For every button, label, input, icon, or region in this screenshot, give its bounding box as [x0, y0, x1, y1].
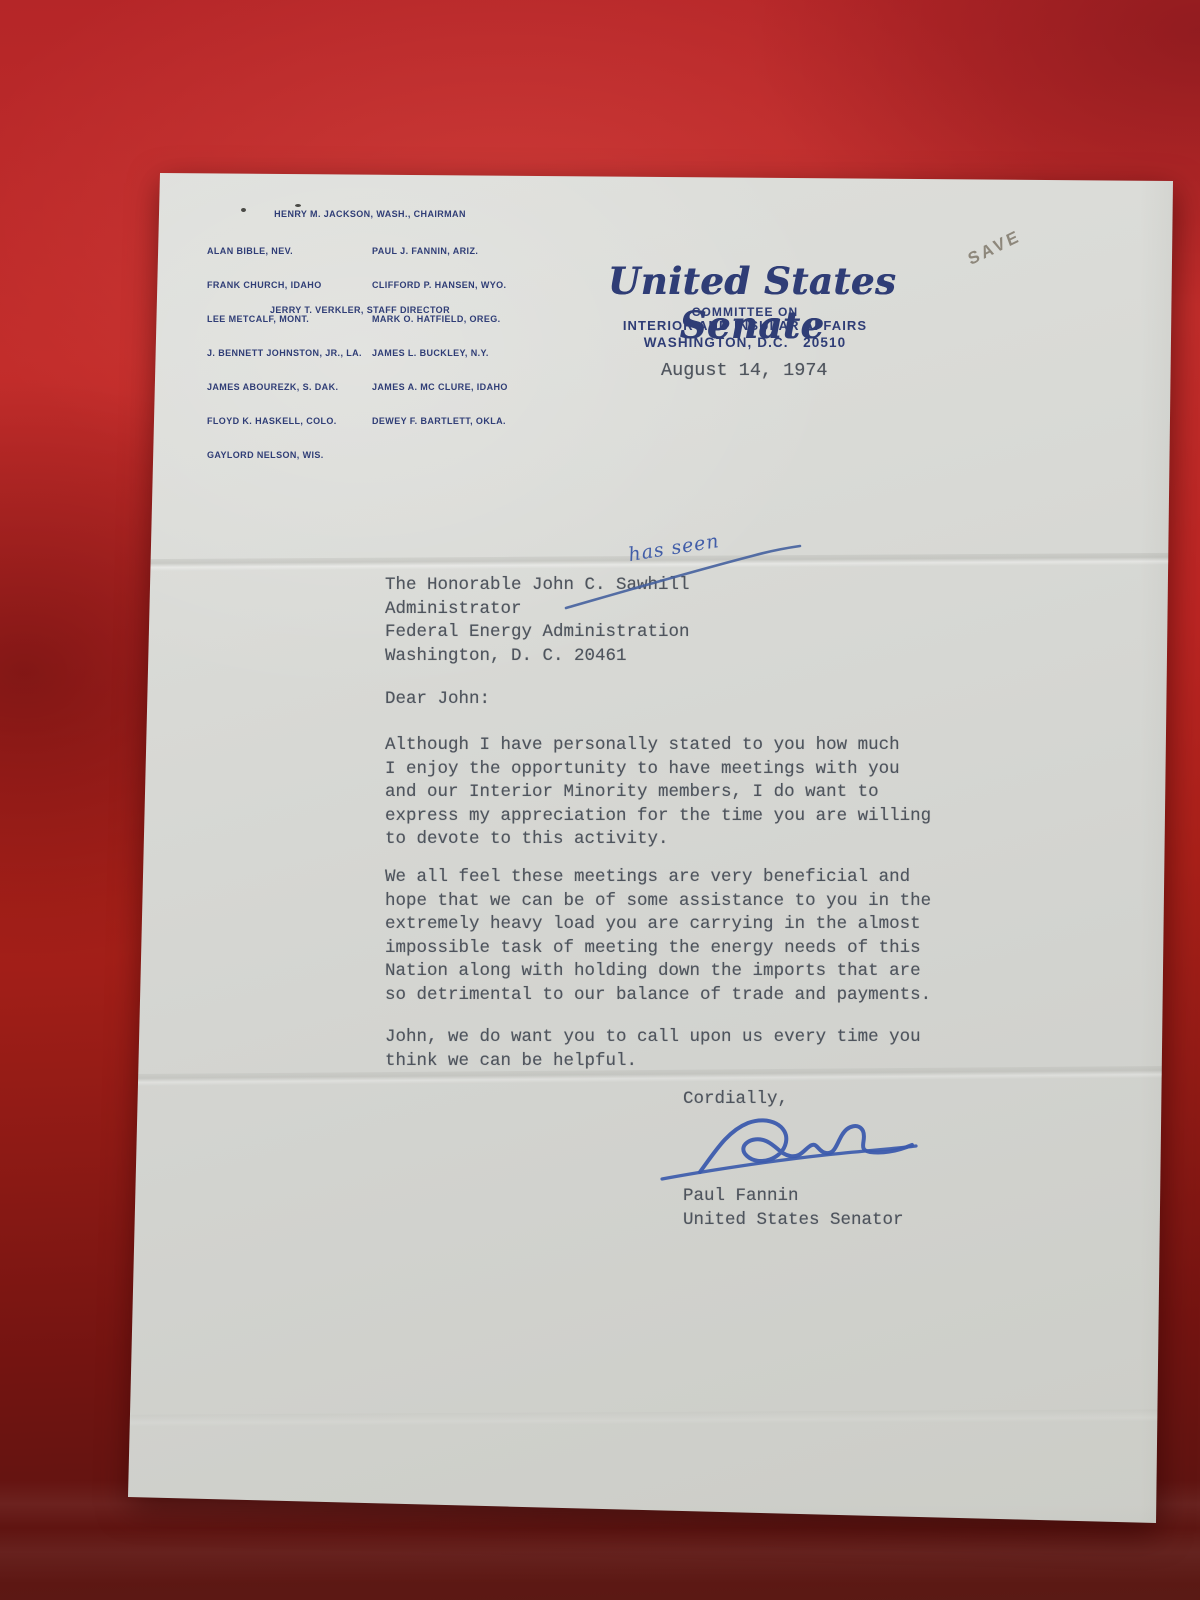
closing-line: Cordially,	[683, 1088, 788, 1112]
body-paragraph-3: John, we do want you to call upon us eve…	[385, 1026, 921, 1073]
senator-name: FLOYD K. HASKELL, COLO.	[207, 416, 362, 427]
senator-name: PAUL J. FANNIN, ARIZ.	[372, 246, 508, 257]
recipient-block: The Honorable John C. Sawhill Administra…	[385, 574, 690, 668]
committee-line-1: COMMITTEE ON	[570, 305, 920, 319]
chairman-line: HENRY M. JACKSON, WASH., CHAIRMAN	[200, 209, 540, 220]
senator-name: DEWEY F. BARTLETT, OKLA.	[372, 416, 508, 427]
senator-name: J. BENNETT JOHNSTON, JR., LA.	[207, 348, 362, 359]
body-paragraph-1: Although I have personally stated to you…	[385, 734, 931, 852]
paper-speck	[295, 204, 301, 207]
senator-name: JAMES A. MC CLURE, IDAHO	[372, 382, 508, 393]
date-line: August 14, 1974	[661, 359, 828, 383]
fold-crease-bottom	[130, 1409, 1170, 1426]
senator-name: CLIFFORD P. HANSEN, WYO.	[372, 280, 508, 291]
signer-title: United States Senator	[683, 1209, 904, 1233]
photo-background: HENRY M. JACKSON, WASH., CHAIRMAN ALAN B…	[0, 0, 1200, 1600]
senator-name: ALAN BIBLE, NEV.	[207, 246, 362, 257]
city-zip-line: WASHINGTON, D.C. 20510	[570, 335, 920, 350]
senator-name: JAMES ABOUREZK, S. DAK.	[207, 382, 362, 393]
salutation: Dear John:	[385, 688, 490, 712]
body-paragraph-2: We all feel these meetings are very bene…	[385, 866, 931, 1007]
senator-name: GAYLORD NELSON, WIS.	[207, 450, 362, 461]
senator-name: FRANK CHURCH, IDAHO	[207, 280, 362, 291]
staff-director-line: JERRY T. VERKLER, STAFF DIRECTOR	[200, 305, 520, 316]
senate-title: United States Senate	[563, 259, 941, 347]
committee-line-2: INTERIOR AND INSULAR AFFAIRS	[570, 318, 920, 333]
senators-left-column: ALAN BIBLE, NEV. FRANK CHURCH, IDAHO LEE…	[207, 223, 362, 484]
senators-right-column: PAUL J. FANNIN, ARIZ. CLIFFORD P. HANSEN…	[372, 223, 508, 450]
senator-name: JAMES L. BUCKLEY, N.Y.	[372, 348, 508, 359]
signer-name: Paul Fannin	[683, 1185, 799, 1209]
